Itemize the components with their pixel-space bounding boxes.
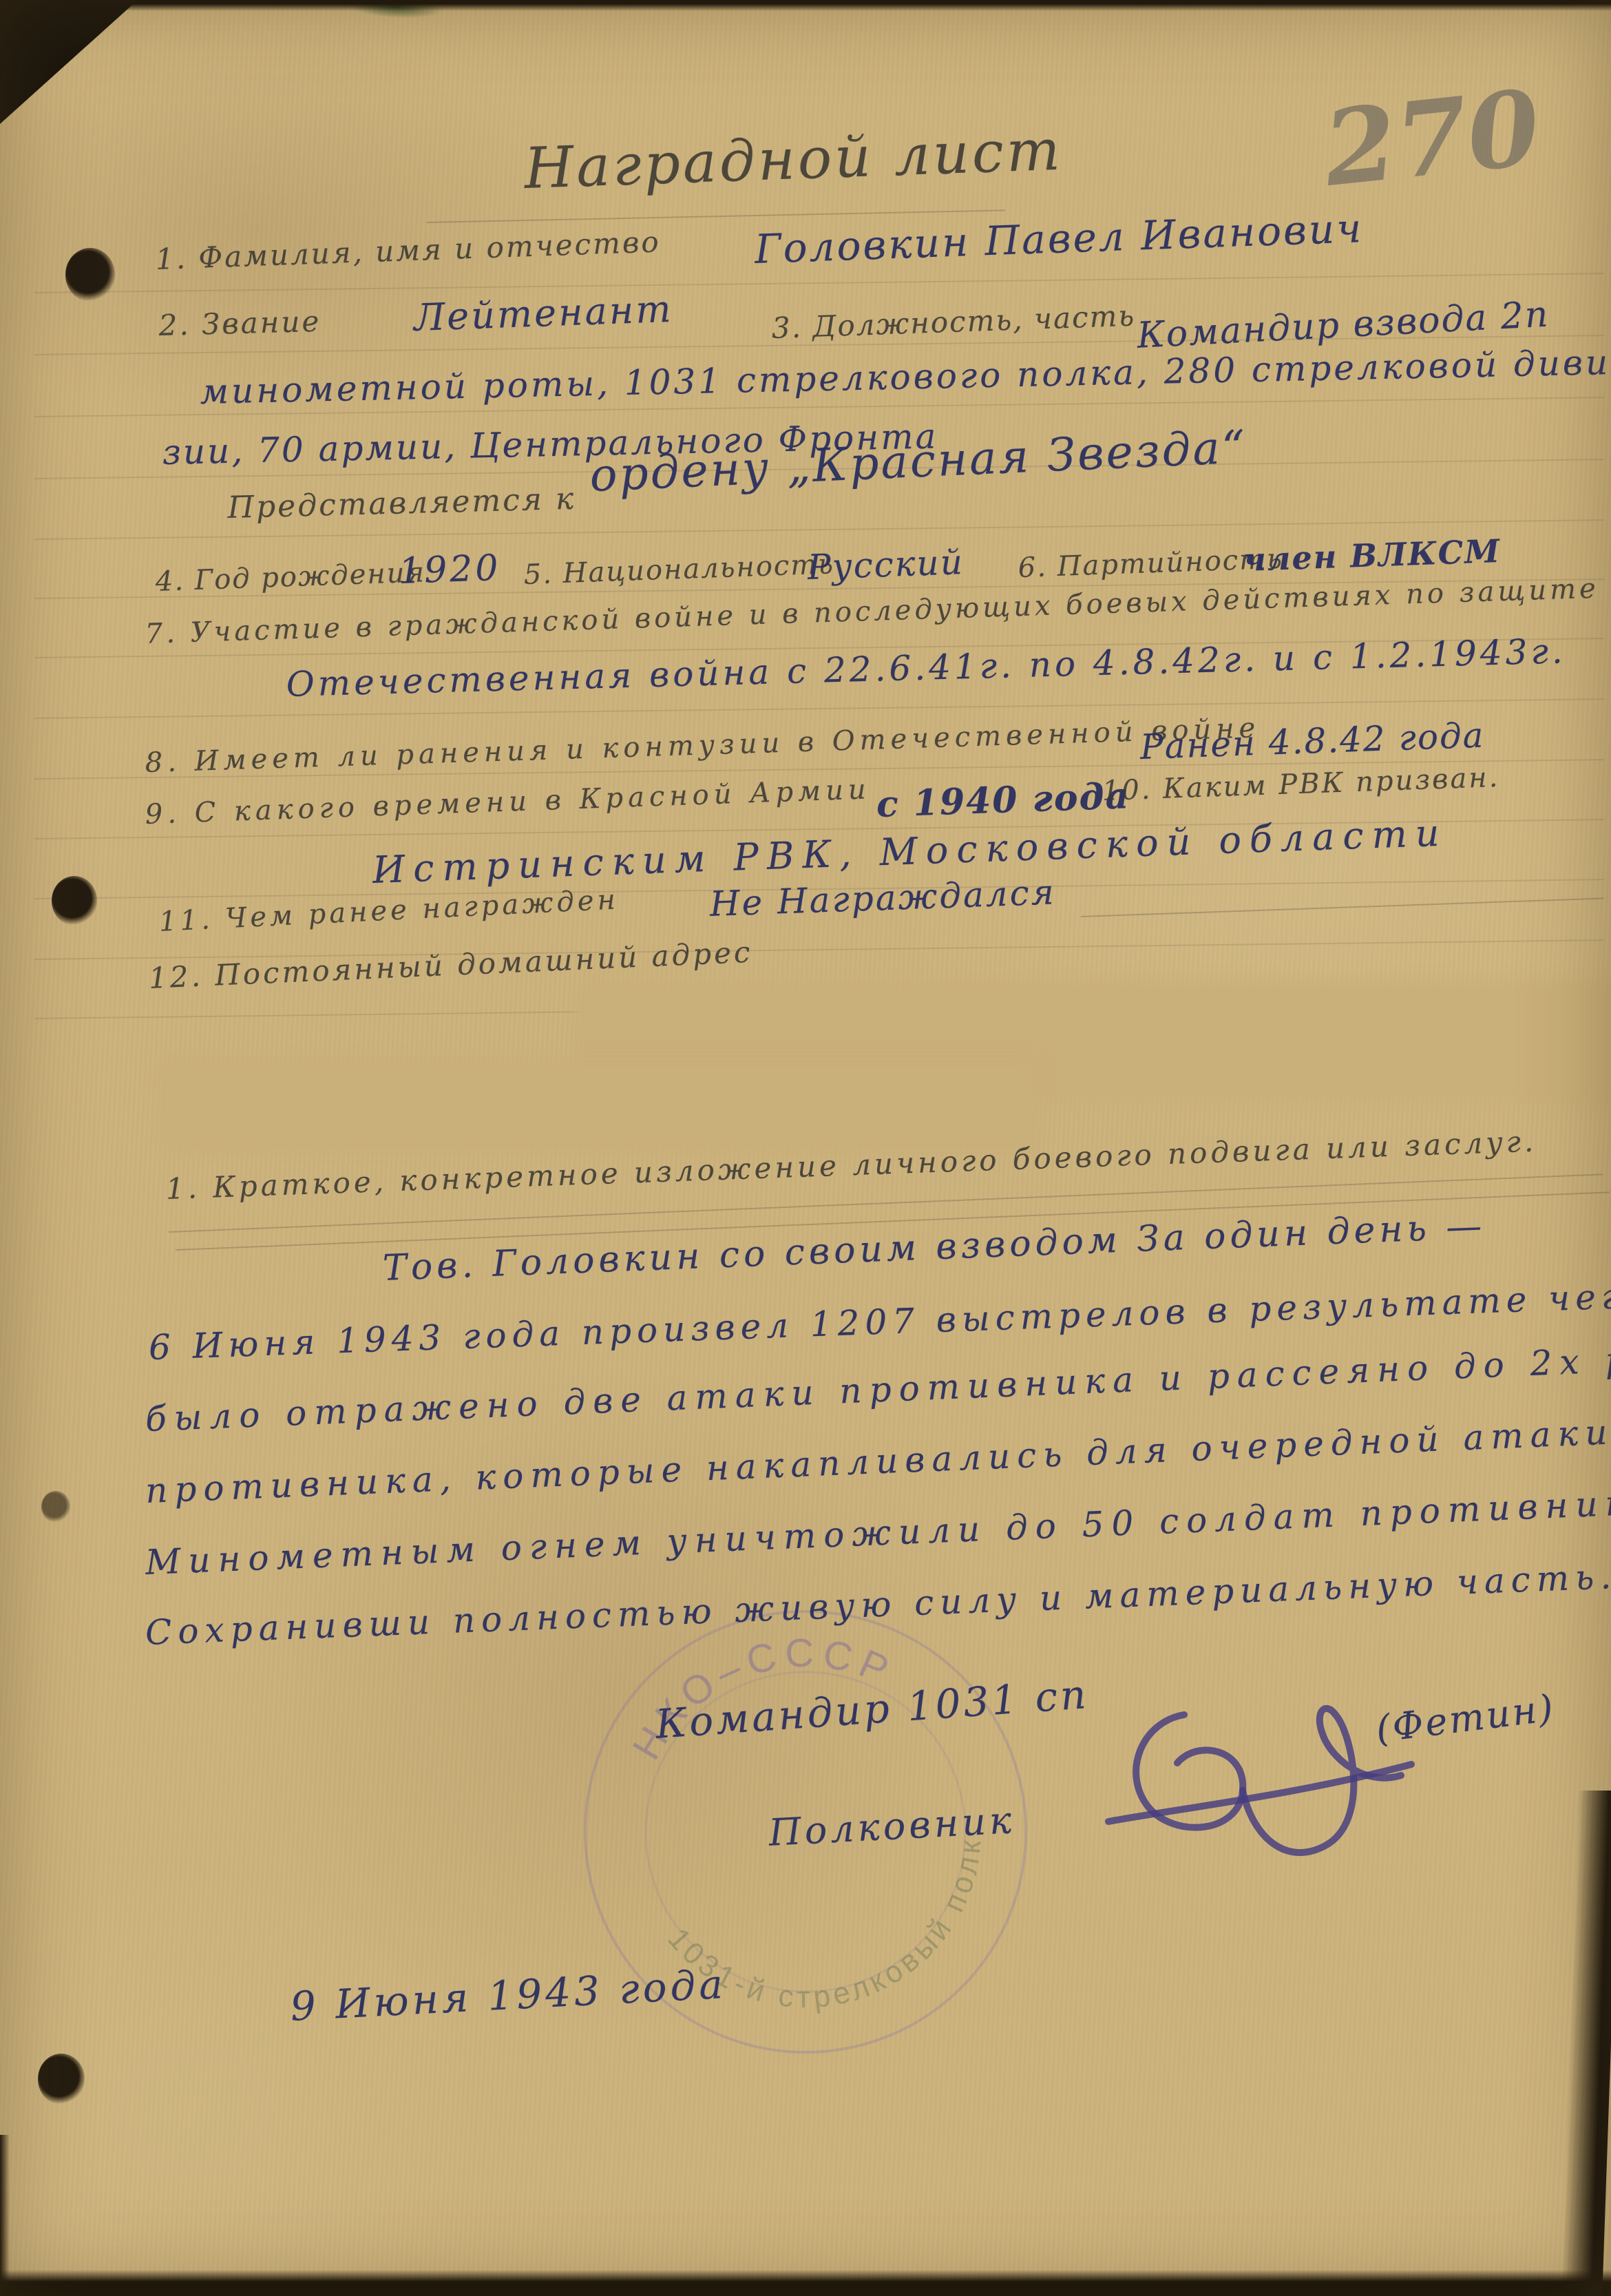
- field-11-label: 11. Чем ранее награжден: [158, 884, 620, 938]
- field-9-label: 9. С какого времени в Красной Армии: [145, 773, 871, 831]
- field-5-value: Русский: [807, 542, 965, 587]
- field-12-label: 12. Постоянный домашний адрес: [148, 935, 753, 995]
- field-2-label: 2. Звание: [158, 304, 322, 342]
- paper-edge-right: [1561, 1791, 1611, 2296]
- field-9-value: с 1940 года: [876, 775, 1130, 826]
- presented-label: Представляется к: [227, 481, 576, 525]
- punch-hole: [38, 2054, 85, 2105]
- summary-line-1: Тов. Головкин со своим взводом За один д…: [382, 1205, 1486, 1289]
- redaction-blur-left: [165, 1066, 1033, 1143]
- field-3-value-line2: минометной роты, 1031 стрелкового полка,…: [200, 342, 1611, 412]
- scanned-document-page: НКО–СССР 1031-й стрелковый полк 270 Нагр…: [0, 0, 1611, 2296]
- field-1-value: Головкин Павел Иванович: [754, 205, 1364, 273]
- field-5-label: 5. Национальность: [523, 548, 835, 591]
- punch-hole: [41, 1491, 70, 1523]
- punch-hole: [52, 876, 97, 926]
- field-11-value: Не Награждался: [709, 872, 1057, 924]
- field-7-value: Отечественная война с 22.6.41г. по 4.8.4…: [286, 631, 1566, 705]
- field-3-label: 3. Должность, часть: [771, 299, 1136, 345]
- pencil-squiggle: [1081, 897, 1604, 917]
- punch-hole: [65, 248, 115, 302]
- field-4-label: 4. Год рождения: [155, 556, 426, 598]
- page-number: 270: [1318, 67, 1546, 210]
- field-6-value: член ВЛКСМ: [1243, 532, 1502, 578]
- field-4-value: 1920: [398, 547, 501, 592]
- ruled-line: [34, 698, 1604, 719]
- field-1-label: 1. Фамилия, имя и отчество: [155, 225, 661, 276]
- page-title: Наградной лист: [523, 118, 1064, 202]
- field-8-label: 8. Имеет ли ранения и контузии в Отечест…: [145, 712, 1261, 779]
- stamp-text-bottom: 1031-й стрелковый полк: [657, 1825, 1026, 2058]
- ruled-line: [34, 273, 1604, 293]
- paper-edge-bottom: [0, 2270, 1611, 2296]
- field-10-label: 10. Каким РВК призван.: [1102, 762, 1500, 807]
- field-2-value: Лейтенант: [413, 287, 673, 340]
- paper-edge-top: [0, 0, 1611, 11]
- paper-edge-left: [0, 2135, 10, 2296]
- stamp-text-bottom-path: 1031-й стрелковый полк: [657, 1825, 1026, 2058]
- paper-edge-torn-corner: [0, 0, 138, 124]
